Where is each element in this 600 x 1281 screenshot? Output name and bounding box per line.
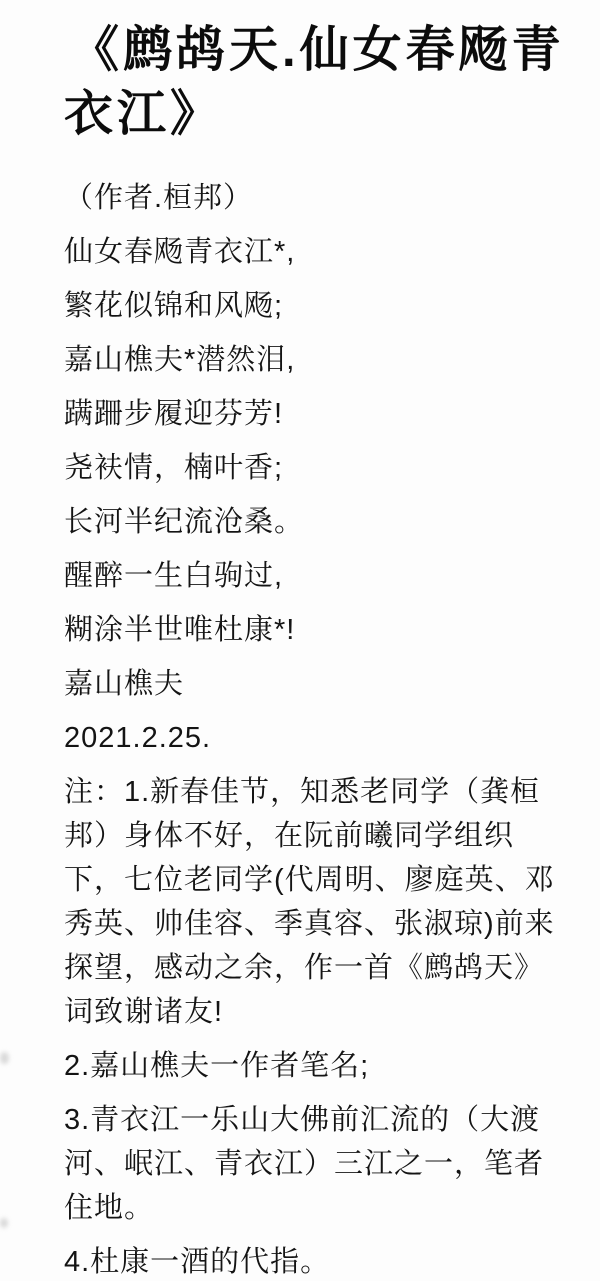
note-paragraph-4: 4.杜康一酒的代指。 bbox=[64, 1240, 572, 1281]
date-line: 2021.2.25. bbox=[64, 716, 572, 760]
poem-line: 尧衭情，楠叶香; bbox=[64, 446, 572, 490]
signature-line: 嘉山樵夫 bbox=[64, 662, 572, 706]
poem-line: 仙女春飏青衣江*, bbox=[64, 230, 572, 274]
poem-line: 繁花似锦和风飏; bbox=[64, 284, 572, 328]
poem-line: 嘉山樵夫*潜然泪, bbox=[64, 338, 572, 382]
note-paragraph-1: 注：1.新春佳节，知悉老同学（龚桓邦）身体不好，在阮前曦同学组织下，七位老同学(… bbox=[64, 770, 572, 1034]
note-paragraph-2: 2.嘉山樵夫一作者笔名; bbox=[64, 1044, 572, 1088]
author-line: （作者.桓邦） bbox=[64, 176, 572, 220]
poem-line: 糊涂半世唯杜康*! bbox=[64, 608, 572, 652]
poem-line: 蹒跚步履迎芬芳! bbox=[64, 392, 572, 436]
scan-artifact-smudge bbox=[0, 1218, 8, 1228]
note-paragraph-3: 3.青衣江一乐山大佛前汇流的（大渡河、岷江、青衣江）三江之一，笔者住地。 bbox=[64, 1098, 572, 1230]
poem-document: 《鹧鸪天.仙女春飏青衣江》 （作者.桓邦） 仙女春飏青衣江*, 繁花似锦和风飏;… bbox=[0, 0, 600, 1281]
poem-line: 醒醉一生白驹过, bbox=[64, 554, 572, 598]
poem-title: 《鹧鸪天.仙女春飏青衣江》 bbox=[64, 18, 572, 146]
scan-artifact-smudge bbox=[0, 1052, 9, 1064]
poem-line: 长河半纪流沧桑。 bbox=[64, 500, 572, 544]
